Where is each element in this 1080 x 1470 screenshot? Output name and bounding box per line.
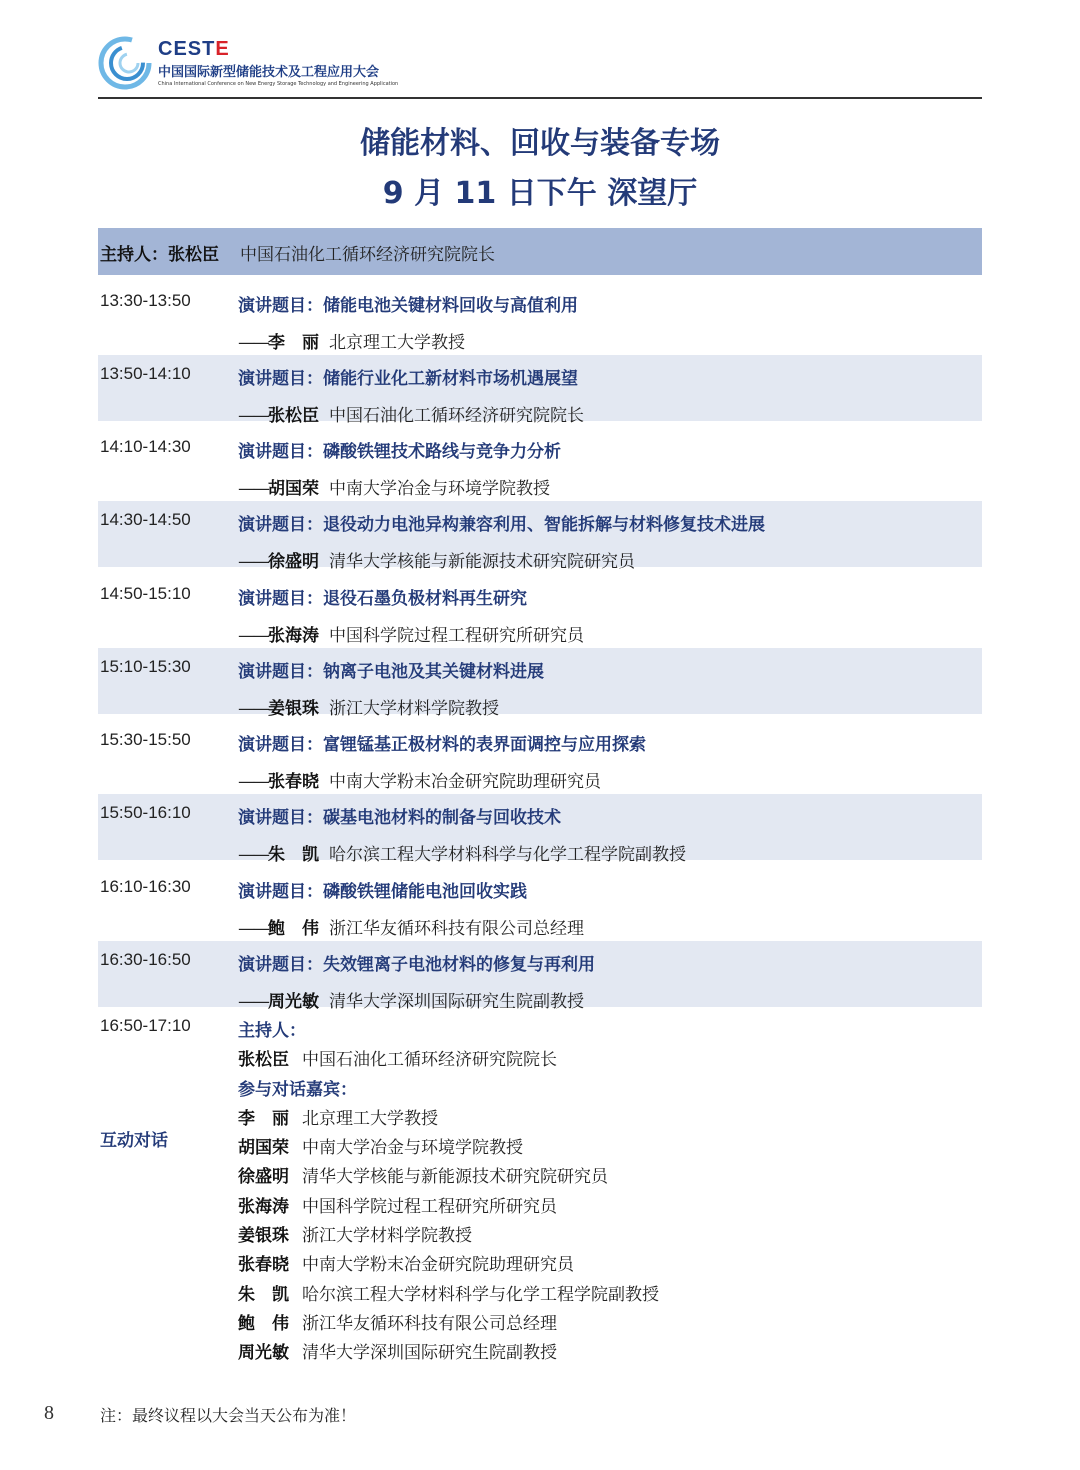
agenda-time: 14:30-14:50 <box>100 510 191 530</box>
speaker-line: ——张海涛中国科学院过程工程研究所研究员 <box>238 621 584 646</box>
talk-topic: 演讲题目：退役动力电池异构兼容利用、智能拆解与材料修复技术进展 <box>238 510 765 535</box>
panel-guest: 胡国荣中南大学冶金与环境学院教授 <box>238 1133 659 1162</box>
conference-name-cn: 中国国际新型储能技术及工程应用大会 <box>158 61 379 80</box>
guest-name: 徐盛明 <box>238 1162 296 1187</box>
panel-guest: 张春晓中南大学粉末冶金研究院助理研究员 <box>238 1250 659 1279</box>
ceste-logo-icon <box>98 36 152 90</box>
talk-topic: 演讲题目：碳基电池材料的制备与回收技术 <box>238 803 561 828</box>
session-title: 储能材料、回收与装备专场 <box>0 118 1080 162</box>
speaker-name: 李 丽 <box>268 333 319 353</box>
speaker-line: ——周光敏清华大学深圳国际研究生院副教授 <box>238 987 584 1012</box>
em-dash: —— <box>238 845 268 865</box>
guest-name: 姜银珠 <box>238 1221 296 1246</box>
speaker-name: 姜银珠 <box>268 699 319 719</box>
speaker-name: 张松臣 <box>268 406 319 426</box>
agenda-time: 16:10-16:30 <box>100 877 191 897</box>
panel-guest: 姜银珠浙江大学材料学院教授 <box>238 1221 659 1250</box>
speaker-affiliation: 清华大学深圳国际研究生院副教授 <box>329 992 584 1012</box>
brand-logotype: CESTE <box>158 38 230 61</box>
speaker-affiliation: 北京理工大学教授 <box>329 333 465 353</box>
panel-host: 张松臣中国石油化工循环经济研究院院长 <box>238 1045 659 1074</box>
speaker-line: ——鲍 伟浙江华友循环科技有限公司总经理 <box>238 914 584 939</box>
panel-guest: 张海涛中国科学院过程工程研究所研究员 <box>238 1192 659 1221</box>
speaker-name: 鲍 伟 <box>268 919 319 939</box>
page-number: 8 <box>44 1402 54 1425</box>
agenda-row: 15:30-15:50演讲题目：富锂锰基正极材料的表界面调控与应用探索——张春晓… <box>98 721 982 787</box>
guest-name: 鲍 伟 <box>238 1309 296 1334</box>
guest-affiliation: 清华大学深圳国际研究生院副教授 <box>302 1343 557 1363</box>
agenda-row: 14:30-14:50演讲题目：退役动力电池异构兼容利用、智能拆解与材料修复技术… <box>98 501 982 567</box>
agenda-row: 16:10-16:30演讲题目：磷酸铁锂储能电池回收实践——鲍 伟浙江华友循环科… <box>98 868 982 934</box>
talk-topic: 演讲题目：钠离子电池及其关键材料进展 <box>238 657 544 682</box>
speaker-line: ——朱 凯哈尔滨工程大学材料科学与化学工程学院副教授 <box>238 840 686 865</box>
speaker-name: 周光敏 <box>268 992 319 1012</box>
guest-name: 周光敏 <box>238 1338 296 1363</box>
speaker-line: ——张松臣中国石油化工循环经济研究院院长 <box>238 401 584 426</box>
em-dash: —— <box>238 626 268 646</box>
host-affiliation: 中国石油化工循环经济研究院院长 <box>240 240 495 265</box>
host-label: 主持人：张松臣 <box>100 240 219 265</box>
guest-affiliation: 中国科学院过程工程研究所研究员 <box>302 1197 557 1217</box>
agenda-row: 13:50-14:10演讲题目：储能行业化工新材料市场机遇展望——张松臣中国石油… <box>98 355 982 421</box>
speaker-affiliation: 浙江华友循环科技有限公司总经理 <box>329 919 584 939</box>
guest-affiliation: 清华大学核能与新能源技术研究院研究员 <box>302 1167 608 1187</box>
speaker-name: 徐盛明 <box>268 552 319 572</box>
agenda-time: 13:50-14:10 <box>100 364 191 384</box>
agenda-time: 14:50-15:10 <box>100 584 191 604</box>
panel-guests-header: 参与对话嘉宾： <box>238 1075 659 1104</box>
panel-discussion: 16:50-17:10 互动对话 主持人： 张松臣中国石油化工循环经济研究院院长… <box>98 1012 982 1372</box>
speaker-affiliation: 中南大学粉末冶金研究院助理研究员 <box>329 772 601 792</box>
speaker-line: ——徐盛明清华大学核能与新能源技术研究院研究员 <box>238 547 635 572</box>
guest-affiliation: 浙江华友循环科技有限公司总经理 <box>302 1314 557 1334</box>
speaker-name: 胡国荣 <box>268 479 319 499</box>
agenda-time: 15:10-15:30 <box>100 657 191 677</box>
guest-name: 张春晓 <box>238 1250 296 1275</box>
agenda-row: 15:50-16:10演讲题目：碳基电池材料的制备与回收技术——朱 凯哈尔滨工程… <box>98 794 982 860</box>
panel-host-header: 主持人： <box>238 1016 659 1045</box>
host-bar: 主持人：张松臣 中国石油化工循环经济研究院院长 <box>98 228 982 275</box>
talk-topic: 演讲题目：退役石墨负极材料再生研究 <box>238 584 527 609</box>
guest-affiliation: 哈尔滨工程大学材料科学与化学工程学院副教授 <box>302 1285 659 1305</box>
panel-type: 互动对话 <box>100 1126 168 1151</box>
guest-name: 胡国荣 <box>238 1133 296 1158</box>
panel-guest: 朱 凯哈尔滨工程大学材料科学与化学工程学院副教授 <box>238 1280 659 1309</box>
speaker-affiliation: 清华大学核能与新能源技术研究院研究员 <box>329 552 635 572</box>
talk-topic: 演讲题目：失效锂离子电池材料的修复与再利用 <box>238 950 595 975</box>
em-dash: —— <box>238 992 268 1012</box>
header-divider <box>98 97 982 99</box>
em-dash: —— <box>238 919 268 939</box>
guest-name: 朱 凯 <box>238 1280 296 1305</box>
panel-guest: 周光敏清华大学深圳国际研究生院副教授 <box>238 1338 659 1367</box>
agenda-time: 13:30-13:50 <box>100 291 191 311</box>
panel-time: 16:50-17:10 <box>100 1016 191 1036</box>
agenda-time: 16:30-16:50 <box>100 950 191 970</box>
guest-name: 张海涛 <box>238 1192 296 1217</box>
speaker-affiliation: 中南大学冶金与环境学院教授 <box>329 479 550 499</box>
speaker-name: 张海涛 <box>268 626 319 646</box>
speaker-name: 张春晓 <box>268 772 319 792</box>
agenda-row: 14:50-15:10演讲题目：退役石墨负极材料再生研究——张海涛中国科学院过程… <box>98 575 982 641</box>
guest-affiliation: 中南大学粉末冶金研究院助理研究员 <box>302 1255 574 1275</box>
talk-topic: 演讲题目：磷酸铁锂技术路线与竞争力分析 <box>238 437 561 462</box>
agenda-time: 15:30-15:50 <box>100 730 191 750</box>
agenda-row: 14:10-14:30演讲题目：磷酸铁锂技术路线与竞争力分析——胡国荣中南大学冶… <box>98 428 982 494</box>
panel-guest: 鲍 伟浙江华友循环科技有限公司总经理 <box>238 1309 659 1338</box>
agenda-time: 15:50-16:10 <box>100 803 191 823</box>
panel-lines: 主持人： 张松臣中国石油化工循环经济研究院院长 参与对话嘉宾： 李 丽北京理工大… <box>238 1016 659 1368</box>
panel-guest: 李 丽北京理工大学教授 <box>238 1104 659 1133</box>
agenda-row: 16:30-16:50演讲题目：失效锂离子电池材料的修复与再利用——周光敏清华大… <box>98 941 982 1007</box>
panel-guest: 徐盛明清华大学核能与新能源技术研究院研究员 <box>238 1162 659 1191</box>
talk-topic: 演讲题目：储能行业化工新材料市场机遇展望 <box>238 364 578 389</box>
em-dash: —— <box>238 333 268 353</box>
conference-header: CESTE 中国国际新型储能技术及工程应用大会 China Internatio… <box>98 30 982 100</box>
session-date-venue: 9 月 11 日下午 深望厅 <box>0 168 1080 212</box>
agenda-row: 15:10-15:30演讲题目：钠离子电池及其关键材料进展——姜银珠浙江大学材料… <box>98 648 982 714</box>
talk-topic: 演讲题目：磷酸铁锂储能电池回收实践 <box>238 877 527 902</box>
panel-host-affiliation: 中国石油化工循环经济研究院院长 <box>302 1050 557 1070</box>
speaker-name: 朱 凯 <box>268 845 319 865</box>
speaker-affiliation: 中国石油化工循环经济研究院院长 <box>329 406 584 426</box>
agenda-time: 14:10-14:30 <box>100 437 191 457</box>
em-dash: —— <box>238 406 268 426</box>
speaker-line: ——李 丽北京理工大学教授 <box>238 328 465 353</box>
em-dash: —— <box>238 479 268 499</box>
guest-affiliation: 北京理工大学教授 <box>302 1109 438 1129</box>
conference-name-en: China International Conference on New En… <box>158 81 398 87</box>
em-dash: —— <box>238 699 268 719</box>
footer-note: 注：最终议程以大会当天公布为准！ <box>100 1403 356 1426</box>
speaker-affiliation: 浙江大学材料学院教授 <box>329 699 499 719</box>
em-dash: —— <box>238 552 268 572</box>
guest-name: 李 丽 <box>238 1104 296 1129</box>
talk-topic: 演讲题目：富锂锰基正极材料的表界面调控与应用探索 <box>238 730 646 755</box>
speaker-line: ——张春晓中南大学粉末冶金研究院助理研究员 <box>238 767 601 792</box>
guest-affiliation: 中南大学冶金与环境学院教授 <box>302 1138 523 1158</box>
speaker-affiliation: 中国科学院过程工程研究所研究员 <box>329 626 584 646</box>
em-dash: —— <box>238 772 268 792</box>
talk-topic: 演讲题目：储能电池关键材料回收与高值利用 <box>238 291 578 316</box>
panel-host-name: 张松臣 <box>238 1045 296 1070</box>
speaker-line: ——姜银珠浙江大学材料学院教授 <box>238 694 499 719</box>
speaker-line: ——胡国荣中南大学冶金与环境学院教授 <box>238 474 550 499</box>
agenda-row: 13:30-13:50演讲题目：储能电池关键材料回收与高值利用——李 丽北京理工… <box>98 282 982 348</box>
guest-affiliation: 浙江大学材料学院教授 <box>302 1226 472 1246</box>
speaker-affiliation: 哈尔滨工程大学材料科学与化学工程学院副教授 <box>329 845 686 865</box>
